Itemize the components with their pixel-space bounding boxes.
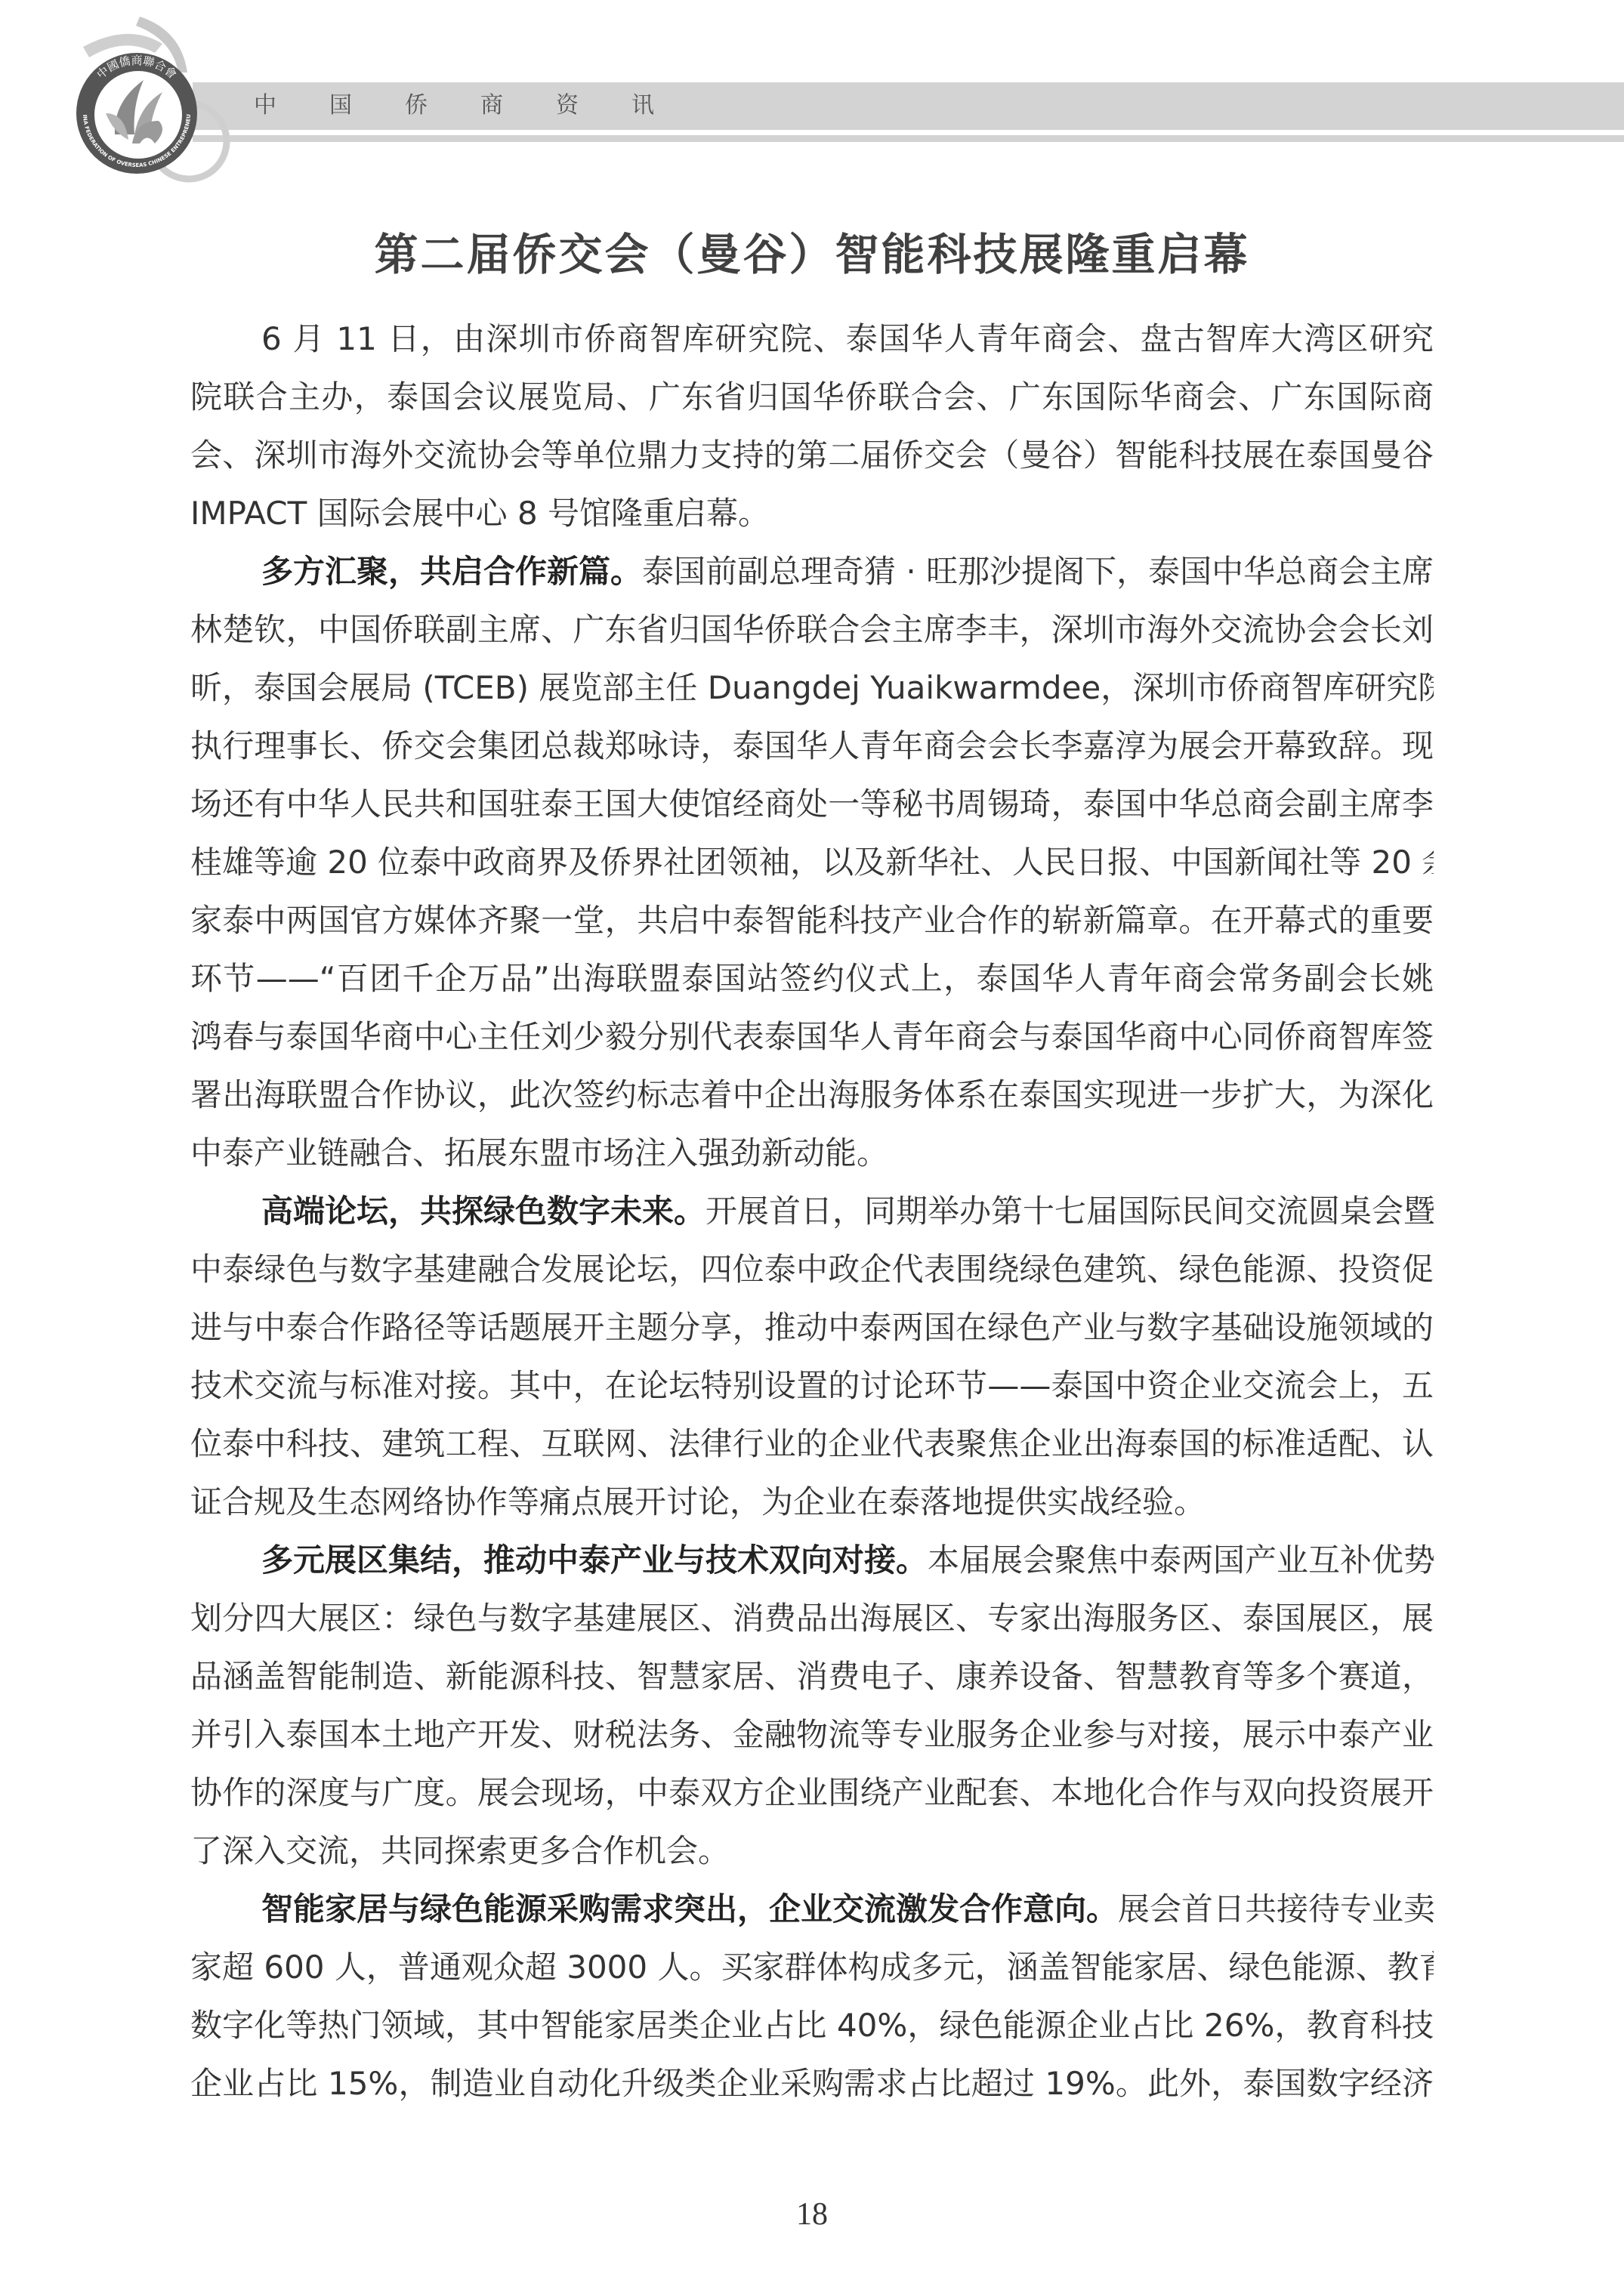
paragraph-lead: 多方汇聚，共启合作新篇。 xyxy=(261,553,642,590)
line-text: 中泰绿色与数字基建融合发展论坛，四位泰中政企代表围绕绿色建筑、绿色能源、投资促 xyxy=(190,1251,1434,1288)
paragraph: 多元展区集结，推动中泰产业与技术双向对接。本届展会聚焦中泰两国产业互补优势， 划… xyxy=(190,1531,1434,1880)
line-text: 环节——“百团千企万品”出海联盟泰国站签约仪式上，泰国华人青年商会常务副会长姚 xyxy=(190,960,1434,997)
article-title: 第二届侨交会（曼谷）智能科技展隆重启幕 xyxy=(0,227,1624,282)
line-text: 证合规及生态网络协作等痛点展开讨论，为企业在泰落地提供实战经验。 xyxy=(190,1483,1206,1520)
text-line: 昕，泰国会展局 (TCEB) 展览部主任 Duangdej Yuaikwarmd… xyxy=(190,659,1434,717)
text-line: 6 月 11 日，由深圳市侨商智库研究院、泰国华人青年商会、盘古智库大湾区研究 xyxy=(190,310,1434,368)
line-text: 场还有中华人民共和国驻泰王国大使馆经商处一等秘书周锡琦，泰国中华总商会副主席李 xyxy=(190,785,1434,822)
line-text: 开展首日，同期举办第十七届国际民间交流圆桌会暨 xyxy=(705,1193,1434,1230)
text-line: 环节——“百团千企万品”出海联盟泰国站签约仪式上，泰国华人青年商会常务副会长姚 xyxy=(190,949,1434,1008)
publication-title-char: 中 xyxy=(254,91,329,121)
text-line: 中泰产业链融合、拓展东盟市场注入强劲新动能。 xyxy=(190,1124,1434,1182)
text-line: 鸿春与泰国华商中心主任刘少毅分别代表泰国华人青年商会与泰国华商中心同侨商智库签 xyxy=(190,1008,1434,1066)
publication-title-char: 侨 xyxy=(405,91,480,121)
text-line: 桂雄等逾 20 位泰中政商界及侨界社团领袖，以及新华社、人民日报、中国新闻社等 … xyxy=(190,833,1434,891)
text-line: 院联合主办，泰国会议展览局、广东省归国华侨联合会、广东国际华商会、广东国际商 xyxy=(190,368,1434,426)
paragraph: 智能家居与绿色能源采购需求突出，企业交流激发合作意向。展会首日共接待专业卖 家超… xyxy=(190,1880,1434,2112)
publication-title: 中 国 侨 商 资 讯 xyxy=(254,91,707,121)
paragraph-lead: 智能家居与绿色能源采购需求突出，企业交流激发合作意向。 xyxy=(261,1890,1118,1927)
article-body: 6 月 11 日，由深圳市侨商智库研究院、泰国华人青年商会、盘古智库大湾区研究 … xyxy=(190,310,1434,2112)
line-text: 位泰中科技、建筑工程、互联网、法律行业的企业代表聚焦企业出海泰国的标准适配、认 xyxy=(190,1425,1434,1462)
text-line: 企业占比 15%，制造业自动化升级类企业采购需求占比超过 19%。此外，泰国数字… xyxy=(190,2054,1434,2112)
text-line: 中泰绿色与数字基建融合发展论坛，四位泰中政企代表围绕绿色建筑、绿色能源、投资促 xyxy=(190,1240,1434,1298)
line-text: 家超 600 人，普通观众超 3000 人。买家群体构成多元，涵盖智能家居、绿色… xyxy=(190,1949,1434,1986)
line-text: 泰国前副总理奇猜 · 旺那沙提阁下，泰国中华总商会主席 xyxy=(642,553,1434,590)
text-line: 并引入泰国本土地产开发、财税法务、金融物流等专业服务企业参与对接，展示中泰产业 xyxy=(190,1705,1434,1764)
line-text: 并引入泰国本土地产开发、财税法务、金融物流等专业服务企业参与对接，展示中泰产业 xyxy=(190,1716,1434,1753)
text-line: 家超 600 人，普通观众超 3000 人。买家群体构成多元，涵盖智能家居、绿色… xyxy=(190,1938,1434,1996)
organization-emblem-icon: 中國僑商聯合會 CHINA FEDERATION OF OVERSEAS CHI… xyxy=(30,8,272,196)
text-line: 会、深圳市海外交流协会等单位鼎力支持的第二届侨交会（曼谷）智能科技展在泰国曼谷 xyxy=(190,426,1434,484)
text-line: IMPACT 国际会展中心 8 号馆隆重启幕。 xyxy=(190,484,1434,542)
text-line: 协作的深度与广度。展会现场，中泰双方企业围绕产业配套、本地化合作与双向投资展开 xyxy=(190,1764,1434,1822)
line-text: 技术交流与标准对接。其中，在论坛特别设置的讨论环节——泰国中资企业交流会上，五 xyxy=(190,1367,1434,1404)
paragraph-lead: 多元展区集结，推动中泰产业与技术双向对接。 xyxy=(261,1542,928,1579)
paragraph: 高端论坛，共探绿色数字未来。开展首日，同期举办第十七届国际民间交流圆桌会暨 中泰… xyxy=(190,1182,1434,1531)
line-text: 进与中泰合作路径等话题展开主题分享，推动中泰两国在绿色产业与数字基础设施领域的 xyxy=(190,1309,1434,1346)
line-text: 桂雄等逾 20 位泰中政商界及侨界社团领袖，以及新华社、人民日报、中国新闻社等 … xyxy=(190,844,1434,881)
text-line: 了深入交流，共同探索更多合作机会。 xyxy=(190,1822,1434,1880)
publication-title-char: 商 xyxy=(480,91,556,121)
text-line: 数字化等热门领域，其中智能家居类企业占比 40%，绿色能源企业占比 26%，教育… xyxy=(190,1996,1434,2054)
text-line: 高端论坛，共探绿色数字未来。开展首日，同期举办第十七届国际民间交流圆桌会暨 xyxy=(190,1182,1434,1240)
text-line: 林楚钦，中国侨联副主席、广东省归国华侨联合会主席李丰，深圳市海外交流协会会长刘 xyxy=(190,600,1434,659)
line-text: 家泰中两国官方媒体齐聚一堂，共启中泰智能科技产业合作的崭新篇章。在开幕式的重要 xyxy=(190,902,1434,939)
text-line: 多方汇聚，共启合作新篇。泰国前副总理奇猜 · 旺那沙提阁下，泰国中华总商会主席 xyxy=(190,542,1434,600)
line-text: 执行理事长、侨交会集团总裁郑咏诗，泰国华人青年商会会长李嘉淳为展会开幕致辞。现 xyxy=(190,727,1434,764)
line-text: 中泰产业链融合、拓展东盟市场注入强劲新动能。 xyxy=(190,1134,888,1171)
paragraph: 多方汇聚，共启合作新篇。泰国前副总理奇猜 · 旺那沙提阁下，泰国中华总商会主席 … xyxy=(190,542,1434,1182)
line-text: 本届展会聚焦中泰两国产业互补优势， xyxy=(928,1542,1434,1579)
line-text: 昕，泰国会展局 (TCEB) 展览部主任 Duangdej Yuaikwarmd… xyxy=(190,669,1434,706)
paragraph-lead: 高端论坛，共探绿色数字未来。 xyxy=(261,1193,705,1230)
line-text: 会、深圳市海外交流协会等单位鼎力支持的第二届侨交会（曼谷）智能科技展在泰国曼谷 xyxy=(190,437,1434,474)
publication-title-char: 资 xyxy=(556,91,631,121)
line-text: 数字化等热门领域，其中智能家居类企业占比 40%，绿色能源企业占比 26%，教育… xyxy=(190,2007,1434,2044)
text-line: 位泰中科技、建筑工程、互联网、法律行业的企业代表聚焦企业出海泰国的标准适配、认 xyxy=(190,1415,1434,1473)
line-text: 划分四大展区：绿色与数字基建展区、消费品出海展区、专家出海服务区、泰国展区，展 xyxy=(190,1600,1434,1637)
line-text: 协作的深度与广度。展会现场，中泰双方企业围绕产业配套、本地化合作与双向投资展开 xyxy=(190,1774,1434,1811)
text-line: 场还有中华人民共和国驻泰王国大使馆经商处一等秘书周锡琦，泰国中华总商会副主席李 xyxy=(190,775,1434,833)
line-text: 了深入交流，共同探索更多合作机会。 xyxy=(190,1832,730,1869)
line-text: 鸿春与泰国华商中心主任刘少毅分别代表泰国华人青年商会与泰国华商中心同侨商智库签 xyxy=(190,1018,1434,1055)
text-line: 署出海联盟合作协议，此次签约标志着中企出海服务体系在泰国实现进一步扩大，为深化 xyxy=(190,1066,1434,1124)
text-line: 智能家居与绿色能源采购需求突出，企业交流激发合作意向。展会首日共接待专业卖 xyxy=(190,1880,1434,1938)
line-text: 院联合主办，泰国会议展览局、广东省归国华侨联合会、广东国际华商会、广东国际商 xyxy=(190,378,1434,415)
text-line: 家泰中两国官方媒体齐聚一堂，共启中泰智能科技产业合作的崭新篇章。在开幕式的重要 xyxy=(190,891,1434,949)
line-text: 品涵盖智能制造、新能源科技、智慧家居、消费电子、康养设备、智慧教育等多个赛道， xyxy=(190,1658,1434,1695)
paragraph: 6 月 11 日，由深圳市侨商智库研究院、泰国华人青年商会、盘古智库大湾区研究 … xyxy=(190,310,1434,542)
text-line: 进与中泰合作路径等话题展开主题分享，推动中泰两国在绿色产业与数字基础设施领域的 xyxy=(190,1298,1434,1356)
line-text: IMPACT 国际会展中心 8 号馆隆重启幕。 xyxy=(190,495,770,532)
text-line: 划分四大展区：绿色与数字基建展区、消费品出海展区、专家出海服务区、泰国展区，展 xyxy=(190,1589,1434,1647)
text-line: 技术交流与标准对接。其中，在论坛特别设置的讨论环节——泰国中资企业交流会上，五 xyxy=(190,1356,1434,1415)
text-line: 多元展区集结，推动中泰产业与技术双向对接。本届展会聚焦中泰两国产业互补优势， xyxy=(190,1531,1434,1589)
line-text: 6 月 11 日，由深圳市侨商智库研究院、泰国华人青年商会、盘古智库大湾区研究 xyxy=(261,320,1434,357)
header-banner-stripe xyxy=(193,135,1624,142)
line-text: 署出海联盟合作协议，此次签约标志着中企出海服务体系在泰国实现进一步扩大，为深化 xyxy=(190,1076,1434,1113)
line-text: 林楚钦，中国侨联副主席、广东省归国华侨联合会主席李丰，深圳市海外交流协会会长刘 xyxy=(190,611,1434,648)
line-text: 企业占比 15%，制造业自动化升级类企业采购需求占比超过 19%。此外，泰国数字… xyxy=(190,2065,1434,2102)
line-text: 展会首日共接待专业卖 xyxy=(1118,1890,1434,1927)
publication-title-char: 国 xyxy=(329,91,405,121)
text-line: 执行理事长、侨交会集团总裁郑咏诗，泰国华人青年商会会长李嘉淳为展会开幕致辞。现 xyxy=(190,717,1434,775)
publication-title-char: 讯 xyxy=(631,91,707,121)
text-line: 品涵盖智能制造、新能源科技、智慧家居、消费电子、康养设备、智慧教育等多个赛道， xyxy=(190,1647,1434,1705)
page-number: 18 xyxy=(0,2192,1624,2237)
text-line: 证合规及生态网络协作等痛点展开讨论，为企业在泰落地提供实战经验。 xyxy=(190,1473,1434,1531)
